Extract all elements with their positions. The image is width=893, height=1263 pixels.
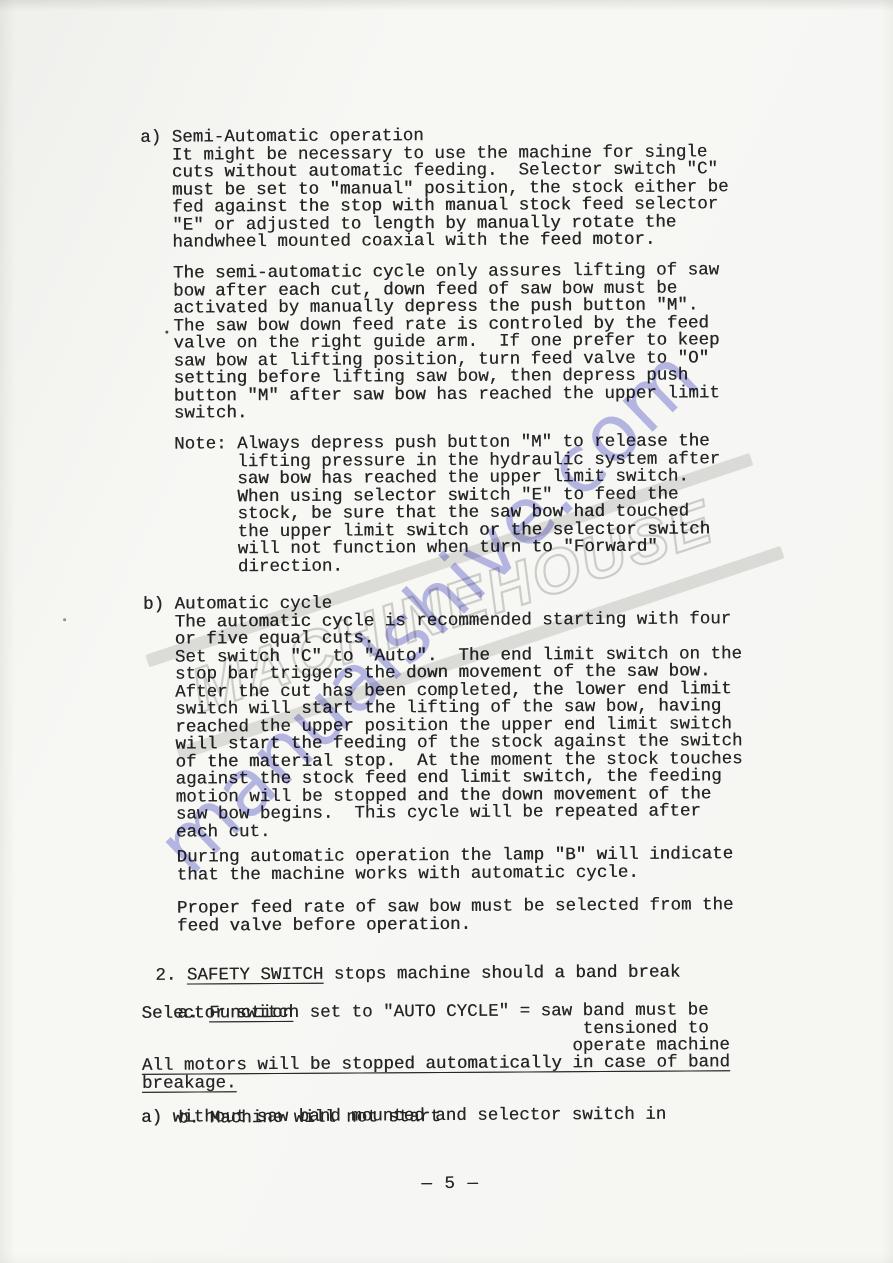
scan-artifact-dot <box>63 618 66 621</box>
paragraph-during-automatic: During automatic operation the lamp "B" … <box>177 846 734 884</box>
section-2-number: 2. <box>155 965 187 985</box>
paragraph-automatic-cycle: b) Automatic cycle The automatic cycle i… <box>143 593 743 842</box>
section-2-title: SAFETY SWITCH <box>187 964 324 985</box>
paragraph-proper-feed-rate: Proper feed rate of saw bow must be sele… <box>177 897 734 935</box>
typewritten-text-layer: a) Semi-Automatic operation It might be … <box>0 0 893 1263</box>
scan-artifact-dot <box>165 331 168 334</box>
paragraph-semi-automatic-cycle: The semi-automatic cycle only assures li… <box>173 262 720 423</box>
scanned-manual-page: a) Semi-Automatic operation It might be … <box>0 0 893 1263</box>
line-all-motors-stopped: All motors will be stopped automatically… <box>142 1054 730 1075</box>
paragraph-selector-auto-cycle: Selector switch set to "AUTO CYCLE" = sa… <box>141 1002 729 1058</box>
page-number: — 5 — <box>4 1173 893 1196</box>
paragraph-note: Note: Always depress push button "M" to … <box>174 433 721 576</box>
section-2-rest: stops machine should a band break <box>323 962 680 984</box>
line-without-saw-band: a) without saw band mounted and selector… <box>141 1107 666 1128</box>
paragraph-semi-automatic-operation: a) Semi-Automatic operation It might be … <box>140 126 729 252</box>
line-breakage: breakage. <box>142 1075 237 1093</box>
